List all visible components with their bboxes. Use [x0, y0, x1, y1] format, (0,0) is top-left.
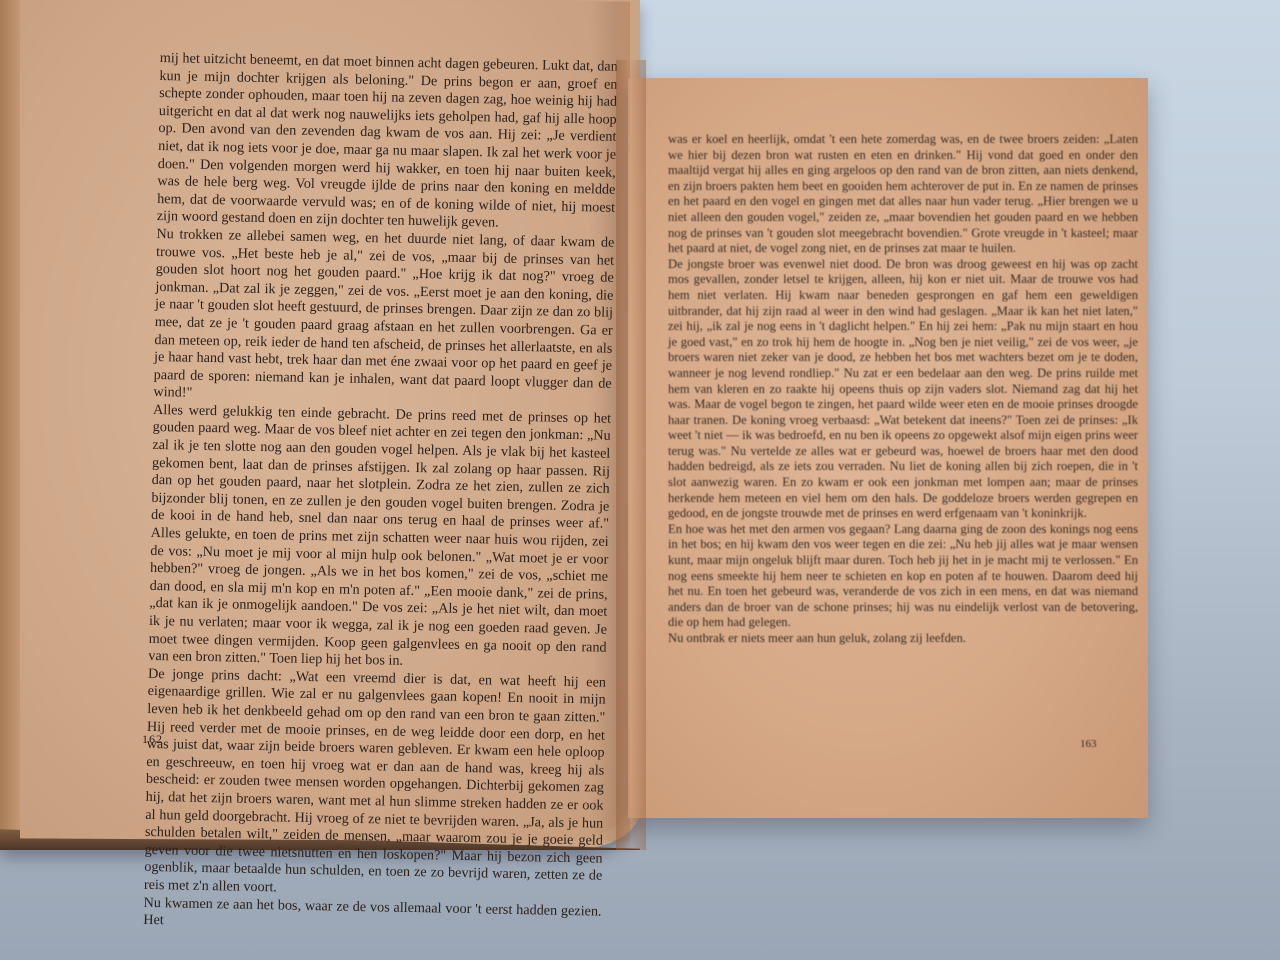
paragraph: De jonge prins dacht: „Wat een vreemd di…	[144, 666, 606, 903]
page-number-left: 162	[142, 732, 163, 747]
paragraph: Nu trokken ze allebei samen weg, en het …	[153, 226, 614, 411]
paragraph: En hoe was het met den armen vos gegaan?…	[668, 522, 1138, 631]
paragraph: De jongste broer was evenwel niet dood. …	[668, 257, 1138, 522]
right-page-text: was er koel en heerlijk, omdat 't een he…	[668, 132, 1138, 647]
book-gutter	[616, 60, 646, 850]
paragraph: Alles werd gelukkig ten einde gebracht. …	[148, 402, 611, 675]
photo-scene: mij het uitzicht beneemt, en dat moet bi…	[0, 0, 1280, 960]
right-page: was er koel en heerlijk, omdat 't een he…	[628, 78, 1148, 818]
left-page-text: mij het uitzicht beneemt, en dat moet bi…	[143, 50, 618, 938]
paragraph: Nu kwamen ze aan het bos, waar ze de vos…	[143, 894, 602, 938]
paragraph: was er koel en heerlijk, omdat 't een he…	[668, 132, 1138, 257]
paragraph: Nu ontbrak er niets meer aan hun geluk, …	[668, 631, 1138, 647]
paragraph: mij het uitzicht beneemt, en dat moet bi…	[157, 50, 618, 235]
page-number-right: 163	[1080, 738, 1097, 750]
